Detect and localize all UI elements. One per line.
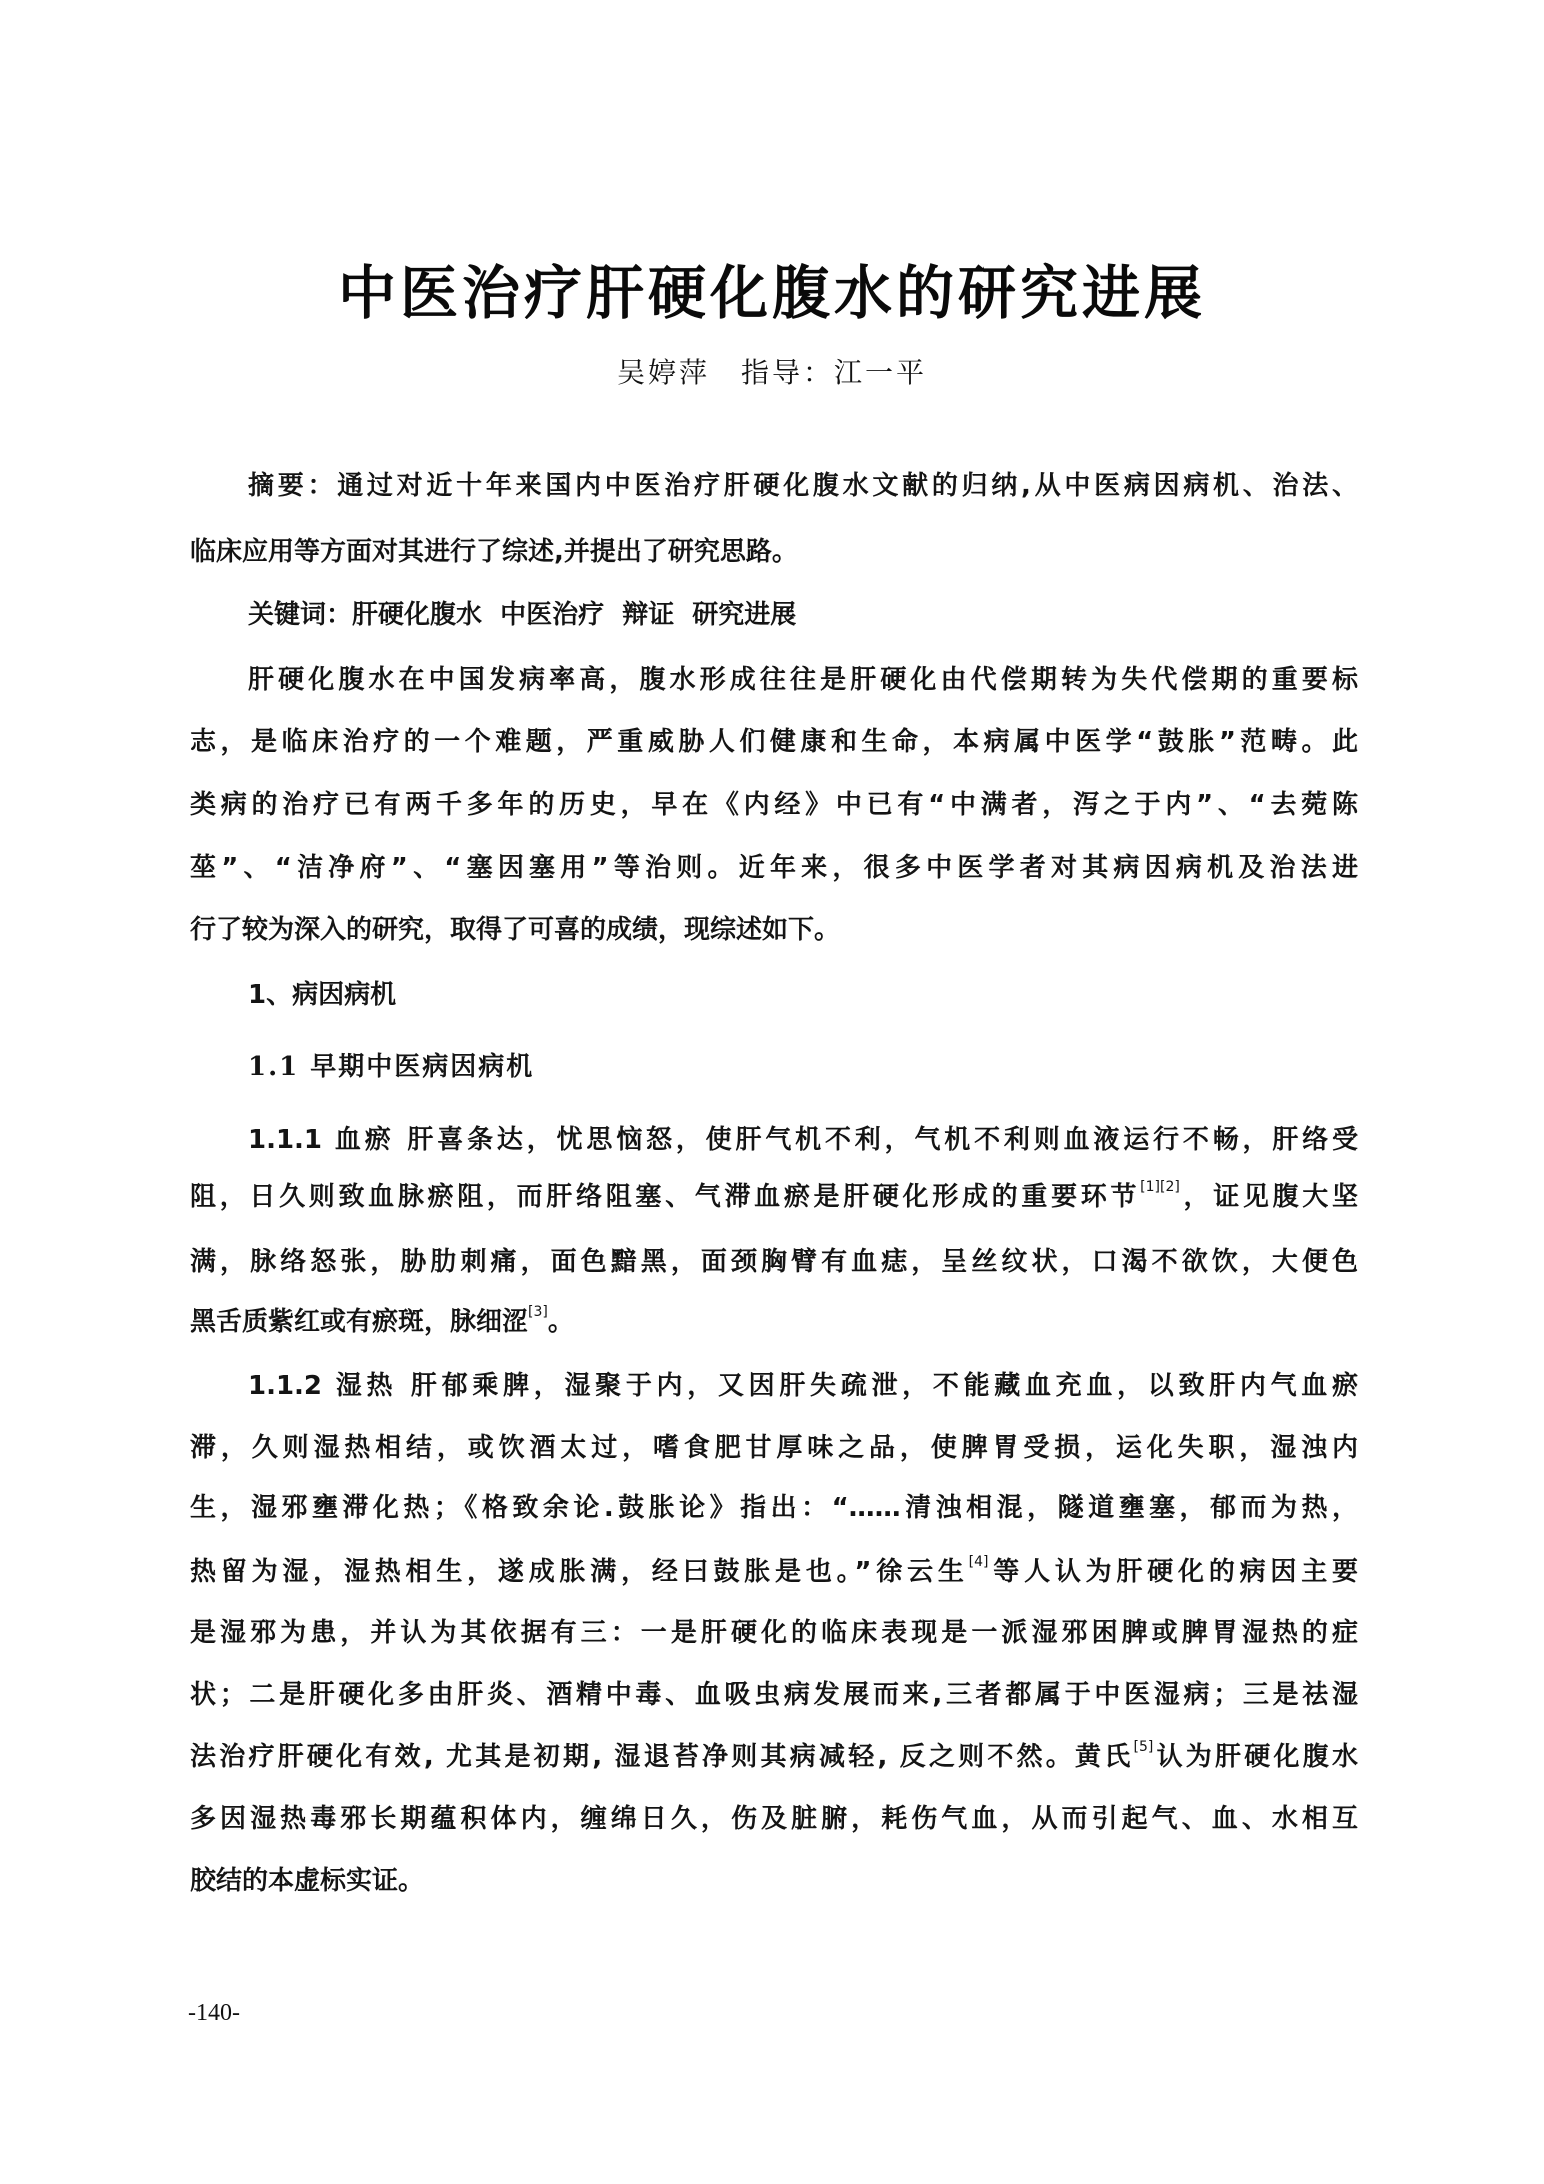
citation-ref: [5] — [1134, 1739, 1154, 1755]
keywords-line: 关键词：肝硬化腹水 中医治疗 辩证 研究进展 — [248, 595, 1358, 635]
s111-line-2-tail: ，证见腹大坚 — [1180, 1182, 1358, 1212]
s112-line-6: 状；二是肝硬化多由肝炎、酒精中毒、血吸虫病发展而来,三者都属于中医湿病；三是祛湿 — [190, 1675, 1358, 1715]
s111-line-4-tail: 。 — [548, 1307, 574, 1337]
abstract-line-2: 临床应用等方面对其进行了综述,并提出了研究思路。 — [190, 532, 1358, 572]
s112-line-7-tail: 认为肝硬化腹水 — [1153, 1742, 1358, 1772]
citation-ref: [4] — [969, 1554, 989, 1570]
s112-line-7: 法治疗肝硬化有效, 尤其是初期, 湿退苔净则其病减轻, 反之则不然。黄氏[5]认… — [190, 1737, 1358, 1777]
section-heading-1: 1、病因病机 — [248, 975, 1358, 1015]
s112-line-8: 多因湿热毒邪长期蕴积体内，缠绵日久，伤及脏腑，耗伤气血，从而引起气、血、水相互 — [190, 1799, 1358, 1839]
intro-line-4: 莝”、“洁净府”、“塞因塞用”等治则。近年来，很多中医学者对其病因病机及治法进 — [190, 848, 1358, 888]
s111-line-4: 黑舌质紫红或有瘀斑，脉细涩[3]。 — [190, 1302, 1358, 1342]
section-heading-1-1: 1.1 早期中医病因病机 — [248, 1047, 1358, 1087]
s112-line-9: 胶结的本虚标实证。 — [190, 1861, 1358, 1901]
s112-line-2: 滞，久则湿热相结，或饮酒太过，嗜食肥甘厚味之品，使脾胃受损，运化失职，湿浊内 — [190, 1428, 1358, 1468]
citation-ref: [3] — [528, 1304, 548, 1320]
s112-line-1: 1.1.2 湿热 肝郁乘脾，湿聚于内，又因肝失疏泄，不能藏血充血，以致肝内气血瘀 — [248, 1366, 1358, 1406]
abstract-line-1: 摘要：通过对近十年来国内中医治疗肝硬化腹水文献的归纳,从中医病因病机、治法、 — [248, 466, 1358, 506]
s112-line-4: 热留为湿，湿热相生，遂成胀满，经曰鼓胀是也。”徐云生[4]等人认为肝硬化的病因主… — [190, 1552, 1358, 1592]
s112-line-7-text: 法治疗肝硬化有效, 尤其是初期, 湿退苔净则其病减轻, 反之则不然。黄氏 — [190, 1742, 1134, 1772]
s111-line-2-text: 阻，日久则致血脉瘀阻，而肝络阻塞、气滞血瘀是肝硬化形成的重要环节 — [190, 1182, 1140, 1212]
citation-ref: [1][2] — [1140, 1179, 1180, 1195]
document-title: 中医治疗肝硬化腹水的研究进展 — [0, 258, 1544, 328]
s112-line-4-tail: 等人认为肝硬化的病因主要 — [989, 1557, 1359, 1587]
s112-line-5: 是湿邪为患，并认为其依据有三：一是肝硬化的临床表现是一派湿邪困脾或脾胃湿热的症 — [190, 1613, 1358, 1653]
intro-line-2: 志，是临床治疗的一个难题，严重威胁人们健康和生命，本病属中医学“鼓胀”范畴。此 — [190, 722, 1358, 762]
intro-line-3: 类病的治疗已有两千多年的历史，早在《内经》中已有“中满者，泻之于内”、“去菀陈 — [190, 785, 1358, 825]
intro-line-1: 肝硬化腹水在中国发病率高，腹水形成往往是肝硬化由代偿期转为失代偿期的重要标 — [248, 660, 1358, 700]
document-page: 中医治疗肝硬化腹水的研究进展 吴婷萍 指导：江一平 摘要：通过对近十年来国内中医… — [0, 0, 1544, 2184]
page-number: -140- — [188, 1998, 240, 2028]
s111-line-4-text: 黑舌质紫红或有瘀斑，脉细涩 — [190, 1307, 528, 1337]
s111-line-1: 1.1.1 血瘀 肝喜条达，忧思恼怒，使肝气机不利，气机不利则血液运行不畅，肝络… — [248, 1120, 1358, 1160]
s112-line-4-text: 热留为湿，湿热相生，遂成胀满，经曰鼓胀是也。”徐云生 — [190, 1557, 969, 1587]
s111-line-3: 满，脉络怒张，胁肋刺痛，面色黯黑，面颈胸臂有血痣，呈丝纹状，口渴不欲饮，大便色 — [190, 1242, 1358, 1282]
intro-line-5: 行了较为深入的研究，取得了可喜的成绩，现综述如下。 — [190, 910, 1358, 950]
author-line: 吴婷萍 指导：江一平 — [0, 355, 1544, 391]
s112-line-3: 生，湿邪壅滞化热；《格致余论.鼓胀论》指出：“……清浊相混，隧道壅塞，郁而为热， — [190, 1488, 1358, 1528]
s111-line-2: 阻，日久则致血脉瘀阻，而肝络阻塞、气滞血瘀是肝硬化形成的重要环节[1][2]，证… — [190, 1177, 1358, 1217]
